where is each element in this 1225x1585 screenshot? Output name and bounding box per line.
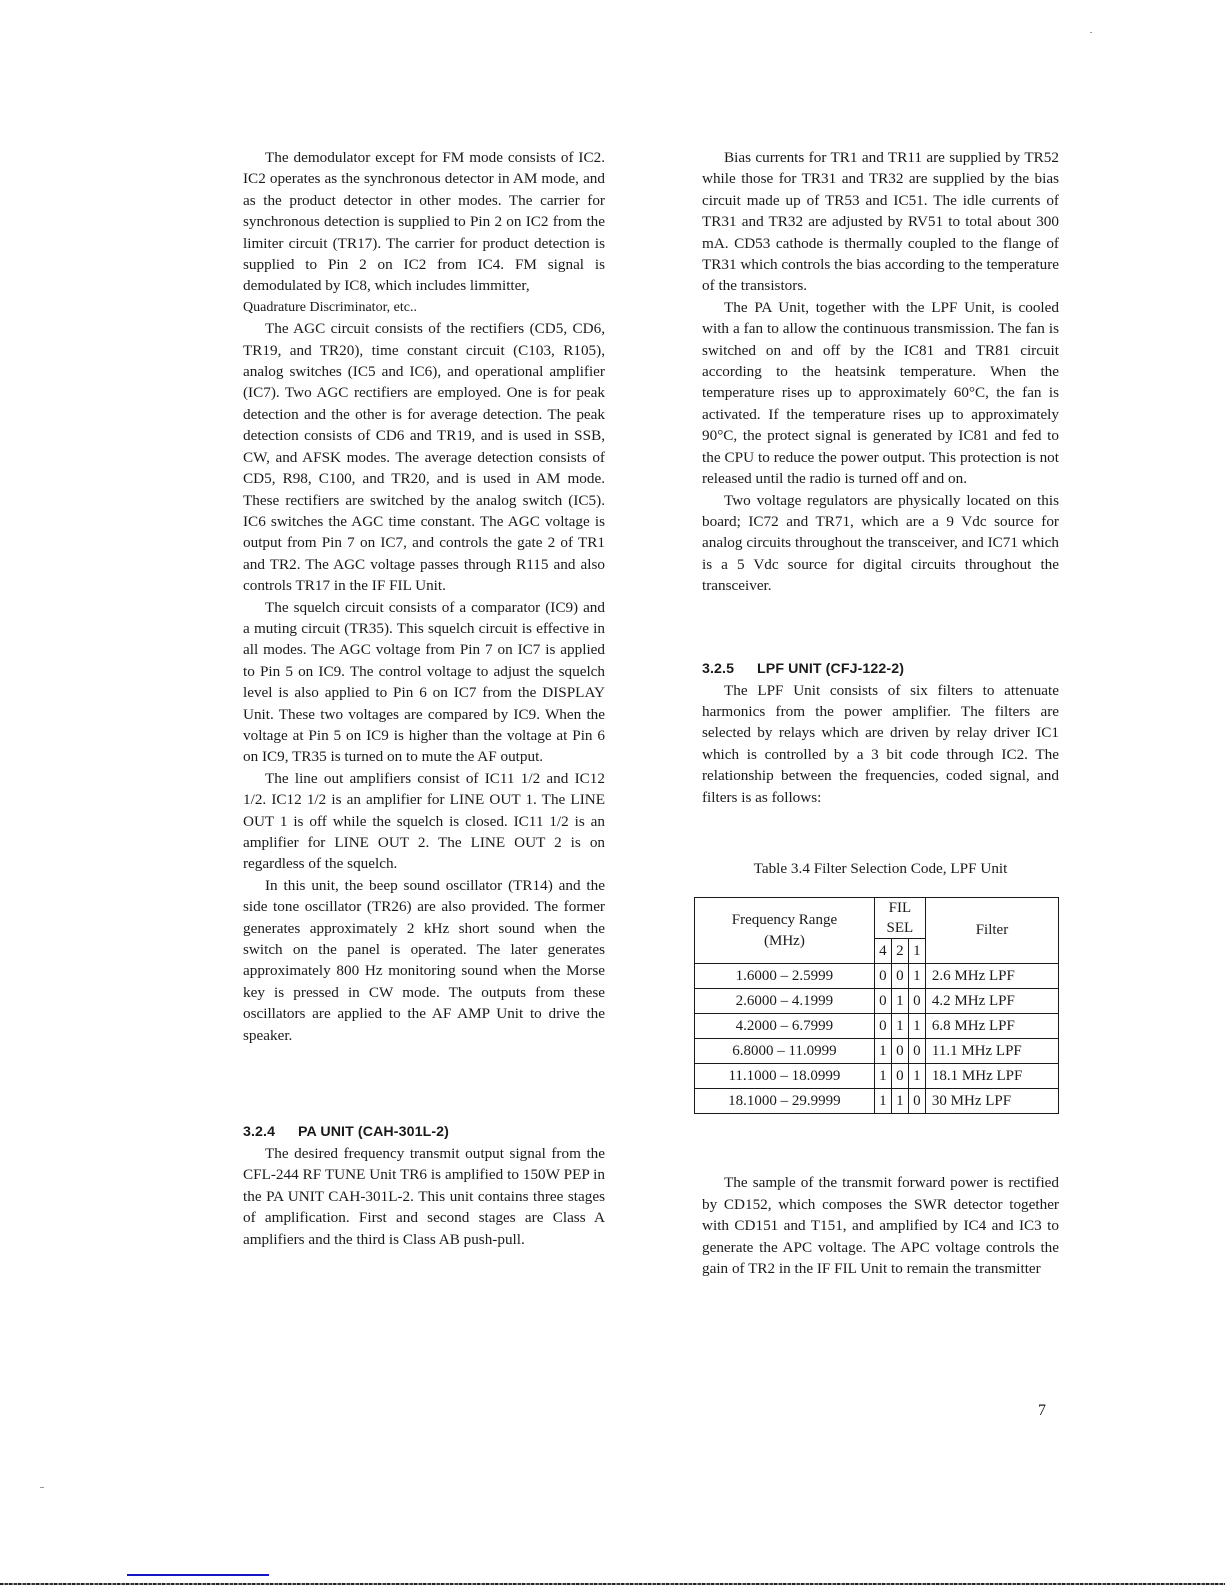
cell-filter: 11.1 MHz LPF	[925, 1039, 1058, 1064]
table-row: 18.1000 – 29.9999 1 1 0 30 MHz LPF	[695, 1089, 1059, 1114]
table-row: 6.8000 – 11.0999 1 0 0 11.1 MHz LPF	[695, 1039, 1059, 1064]
cell-filter: 2.6 MHz LPF	[925, 964, 1058, 989]
paragraph-agc: The AGC circuit consists of the rectifie…	[243, 318, 605, 596]
header-bit-2: 2	[891, 939, 908, 964]
paragraph-demodulator: The demodulator except for FM mode consi…	[243, 147, 605, 297]
cell-filter: 6.8 MHz LPF	[925, 1014, 1058, 1039]
table-row: 2.6000 – 4.1999 0 1 0 4.2 MHz LPF	[695, 989, 1059, 1014]
header-frequency-range: Frequency Range (MHz)	[695, 898, 875, 964]
cell-range: 6.8000 – 11.0999	[695, 1039, 875, 1064]
paragraph-squelch: The squelch circuit consists of a compar…	[243, 597, 605, 768]
cell-bit-4: 1	[874, 1039, 891, 1064]
header-bit-4: 4	[874, 939, 891, 964]
cell-range: 18.1000 – 29.9999	[695, 1089, 875, 1114]
paragraph-forward-power: The sample of the transmit forward power…	[702, 1172, 1059, 1279]
section-heading-3-2-5: 3.2.5LPF UNIT (CFJ-122-2)	[702, 659, 1059, 680]
table-header-row: Frequency Range (MHz) FIL SEL Filter	[695, 898, 1059, 939]
cell-filter: 4.2 MHz LPF	[925, 989, 1058, 1014]
left-column: The demodulator except for FM mode consi…	[243, 147, 605, 1250]
table-row: 11.1000 – 18.0999 1 0 1 18.1 MHz LPF	[695, 1064, 1059, 1089]
cell-range: 4.2000 – 6.7999	[695, 1014, 875, 1039]
paragraph-bias-currents: Bias currents for TR1 and TR11 are suppl…	[702, 147, 1059, 297]
cell-bit-2: 0	[891, 1064, 908, 1089]
paragraph-voltage-regulators: Two voltage regulators are physically lo…	[702, 490, 1059, 597]
cell-bit-2: 1	[891, 1089, 908, 1114]
spacer	[243, 1046, 605, 1122]
cell-bit-4: 0	[874, 989, 891, 1014]
paragraph-oscillators: In this unit, the beep sound oscillator …	[243, 875, 605, 1046]
paragraph-pa-unit: The desired frequency transmit output si…	[243, 1143, 605, 1250]
spacer	[702, 808, 1059, 858]
spacer	[702, 1114, 1059, 1172]
table-row: 1.6000 – 2.5999 0 0 1 2.6 MHz LPF	[695, 964, 1059, 989]
header-frequency-unit: (MHz)	[764, 933, 805, 949]
cell-bit-1: 1	[908, 1014, 925, 1039]
page-number: 7	[1038, 1402, 1046, 1420]
header-fil-label: FIL	[889, 900, 912, 916]
footer-link-underline[interactable]	[127, 1574, 269, 1576]
cell-bit-2: 0	[891, 964, 908, 989]
cell-bit-1: 0	[908, 1089, 925, 1114]
right-column: Bias currents for TR1 and TR11 are suppl…	[702, 147, 1059, 1279]
header-sel-label: SEL	[887, 920, 914, 936]
cell-range: 11.1000 – 18.0999	[695, 1064, 875, 1089]
cell-bit-4: 1	[874, 1064, 891, 1089]
cell-range: 2.6000 – 4.1999	[695, 989, 875, 1014]
cell-bit-1: 0	[908, 1039, 925, 1064]
cell-bit-1: 1	[908, 964, 925, 989]
cell-filter: 30 MHz LPF	[925, 1089, 1058, 1114]
table-row: 4.2000 – 6.7999 0 1 1 6.8 MHz LPF	[695, 1014, 1059, 1039]
paragraph-demodulator-continued: Quadrature Discriminator, etc..	[243, 297, 605, 318]
scan-speck	[40, 1487, 44, 1488]
paragraph-cooling-fan: The PA Unit, together with the LPF Unit,…	[702, 297, 1059, 490]
cell-bit-4: 1	[874, 1089, 891, 1114]
paragraph-line-out: The line out amplifiers consist of IC11 …	[243, 768, 605, 875]
section-title: LPF UNIT (CFJ-122-2)	[757, 661, 904, 677]
cell-bit-2: 1	[891, 1014, 908, 1039]
section-number: 3.2.5	[702, 659, 757, 680]
section-number: 3.2.4	[243, 1122, 298, 1143]
cell-bit-4: 0	[874, 1014, 891, 1039]
spacer	[702, 597, 1059, 659]
cell-bit-1: 1	[908, 1064, 925, 1089]
header-bit-1: 1	[908, 939, 925, 964]
header-fil-sel: FIL SEL	[874, 898, 925, 939]
header-filter: Filter	[925, 898, 1058, 964]
scan-speck	[1090, 32, 1092, 33]
cell-filter: 18.1 MHz LPF	[925, 1064, 1058, 1089]
filter-selection-table: Frequency Range (MHz) FIL SEL Filter 4 2…	[694, 897, 1059, 1114]
section-title: PA UNIT (CAH-301L-2)	[298, 1124, 449, 1140]
paragraph-lpf-unit: The LPF Unit consists of six filters to …	[702, 680, 1059, 808]
cell-range: 1.6000 – 2.5999	[695, 964, 875, 989]
table-caption: Table 3.4 Filter Selection Code, LPF Uni…	[702, 858, 1059, 879]
header-frequency-label: Frequency Range	[732, 912, 837, 928]
cell-bit-1: 0	[908, 989, 925, 1014]
cell-bit-4: 0	[874, 964, 891, 989]
cell-bit-2: 1	[891, 989, 908, 1014]
cell-bit-2: 0	[891, 1039, 908, 1064]
section-heading-3-2-4: 3.2.4PA UNIT (CAH-301L-2)	[243, 1122, 605, 1143]
spacer	[702, 879, 1059, 897]
